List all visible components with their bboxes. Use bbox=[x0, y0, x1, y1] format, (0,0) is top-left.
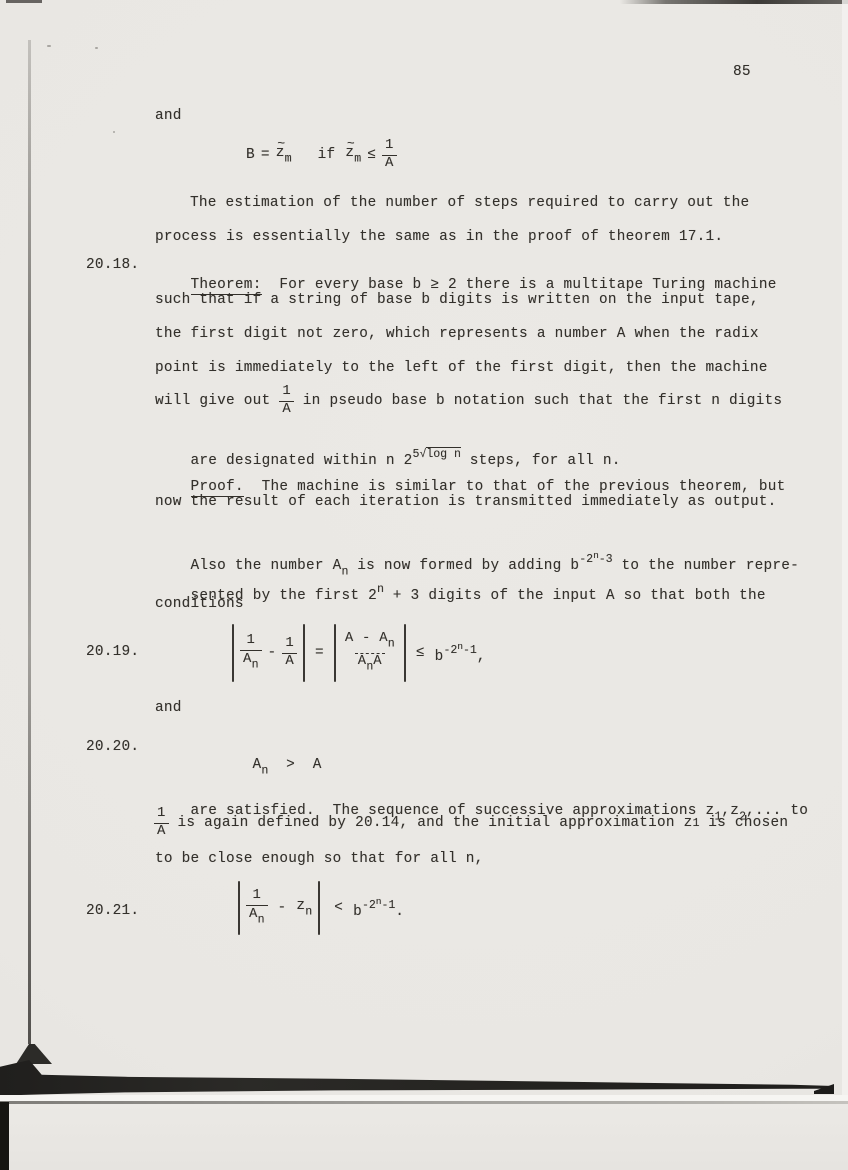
scanned-page: 85 and B = ~zm if ~zm ≤ 1 A The estimati… bbox=[0, 0, 848, 1170]
scan-speck bbox=[47, 45, 51, 47]
abs-bar bbox=[303, 624, 305, 682]
z-sub-n: zn bbox=[296, 898, 312, 919]
theorem-line: such that if a string of base b digits i… bbox=[155, 291, 759, 310]
equals-sign: = bbox=[315, 645, 324, 661]
bottom-page-shadow-band bbox=[0, 1058, 834, 1098]
fraction-one-over-an: 1 An bbox=[246, 889, 268, 926]
right-edge-light-strip bbox=[842, 0, 848, 1095]
fraction-one-over-a: 1 A bbox=[279, 385, 294, 418]
equation-20-19: 1 An - 1 A = A - An AnA ≤ b-2n-1, bbox=[232, 624, 486, 682]
equation-20-21: 1 An - zn < b-2n-1. bbox=[238, 881, 404, 935]
minus-sign: - bbox=[268, 645, 277, 661]
abs-bar bbox=[334, 624, 336, 682]
less-than-sign: < bbox=[334, 900, 343, 916]
bottom-left-black-strip bbox=[0, 1102, 9, 1170]
top-left-edge-mark bbox=[6, 0, 42, 3]
if-word: if bbox=[318, 147, 336, 163]
fraction-one-over-a: 1 A bbox=[382, 139, 397, 172]
equation-label-20-21: 20.21. bbox=[86, 903, 139, 919]
minus-sign: - bbox=[278, 900, 287, 916]
leq-sign: ≤ bbox=[367, 147, 376, 163]
abs-bar bbox=[238, 881, 240, 935]
connector-and-1: and bbox=[155, 107, 182, 126]
proof-line: now the result of each iteration is tran… bbox=[155, 493, 777, 512]
closing-line-with-fraction: 1 A is again defined by 20.14, and the i… bbox=[154, 803, 788, 843]
page-number: 85 bbox=[733, 63, 751, 82]
equals-sign: = bbox=[261, 147, 270, 163]
paragraph-line: The estimation of the number of steps re… bbox=[190, 194, 749, 213]
b-power-term: b-2n-1, bbox=[435, 641, 486, 665]
tilde-accent: ~ bbox=[347, 136, 355, 151]
tilde-accent: ~ bbox=[277, 136, 285, 151]
closing-line: to be close enough so that for all n, bbox=[155, 850, 484, 869]
z-tilde-m: ~zm bbox=[276, 145, 292, 166]
scan-speck bbox=[113, 131, 115, 133]
fraction-one-over-a: 1 A bbox=[282, 637, 297, 670]
formula-b-lhs: B bbox=[246, 147, 255, 163]
b-power-term: b-2n-1. bbox=[353, 896, 404, 920]
scan-speck bbox=[95, 47, 98, 49]
equation-label-20-20: 20.20. bbox=[86, 739, 139, 755]
proof-line-with-exponent: sented by the first 2n + 3 digits of the… bbox=[155, 561, 766, 625]
leq-sign: ≤ bbox=[416, 645, 425, 661]
proof-line: conditions bbox=[155, 595, 244, 614]
top-edge-shadow bbox=[620, 0, 848, 4]
section-label-20-18: 20.18. bbox=[86, 257, 139, 273]
fraction-one-over-an: 1 An bbox=[240, 634, 262, 671]
z-tilde-m: ~zm bbox=[345, 145, 361, 166]
fraction-a-minus-an: A - An AnA bbox=[342, 632, 398, 673]
paragraph-line: process is essentially the same as in th… bbox=[155, 228, 723, 247]
bottom-right-wedge bbox=[814, 1084, 834, 1094]
abs-bar bbox=[232, 624, 234, 682]
connector-and-2: and bbox=[155, 699, 182, 718]
theorem-line-with-fraction: will give out 1 A in pseudo base b notat… bbox=[155, 381, 782, 421]
exponent: n bbox=[377, 583, 384, 596]
left-crease-funnel bbox=[16, 1044, 52, 1064]
left-crease-line bbox=[28, 40, 31, 1044]
formula-b-definition: B = ~zm if ~zm ≤ 1 A bbox=[246, 131, 397, 179]
below-page-area bbox=[0, 1104, 848, 1170]
fraction-one-over-a: 1 A bbox=[154, 807, 169, 840]
abs-bar bbox=[318, 881, 320, 935]
theorem-line: point is immediately to the left of the … bbox=[155, 359, 768, 378]
equation-label-20-19: 20.19. bbox=[86, 644, 139, 660]
theorem-line: the first digit not zero, which represen… bbox=[155, 325, 759, 344]
abs-bar bbox=[404, 624, 406, 682]
